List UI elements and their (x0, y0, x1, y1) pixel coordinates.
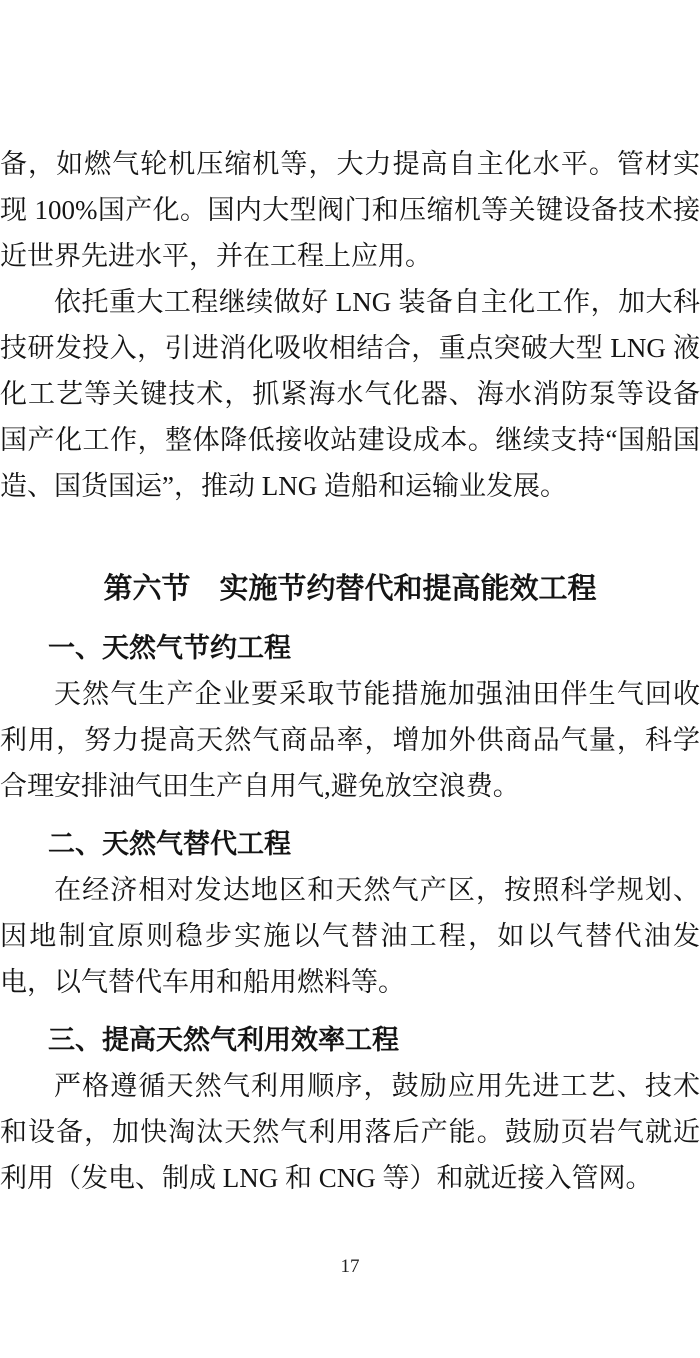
paragraph-continuation: 备，如燃气轮机压缩机等，大力提高自主化水平。管材实现 100%国产化。国内大型阀… (0, 141, 700, 279)
subsection-heading-2: 二、天然气替代工程 (0, 821, 700, 867)
subsection-heading-3: 三、提高天然气利用效率工程 (0, 1017, 700, 1063)
paragraph-utilization-efficiency: 严格遵循天然气利用顺序，鼓励应用先进工艺、技术和设备，加快淘汰天然气利用落后产能… (0, 1063, 700, 1201)
section-heading: 第六节 实施节约替代和提高能效工程 (0, 569, 700, 609)
paragraph-gas-substitution: 在经济相对发达地区和天然气产区，按照科学规划、因地制宜原则稳步实施以气替油工程，… (0, 867, 700, 1005)
subsection-heading-1: 一、天然气节约工程 (0, 625, 700, 671)
paragraph-gas-saving: 天然气生产企业要采取节能措施加强油田伴生气回收利用，努力提高天然气商品率，增加外… (0, 671, 700, 809)
document-page: 备，如燃气轮机压缩机等，大力提高自主化水平。管材实现 100%国产化。国内大型阀… (0, 0, 700, 1358)
page-number: 17 (0, 1255, 700, 1279)
paragraph-lng-equipment: 依托重大工程继续做好 LNG 装备自主化工作，加大科技研发投入，引进消化吸收相结… (0, 279, 700, 509)
